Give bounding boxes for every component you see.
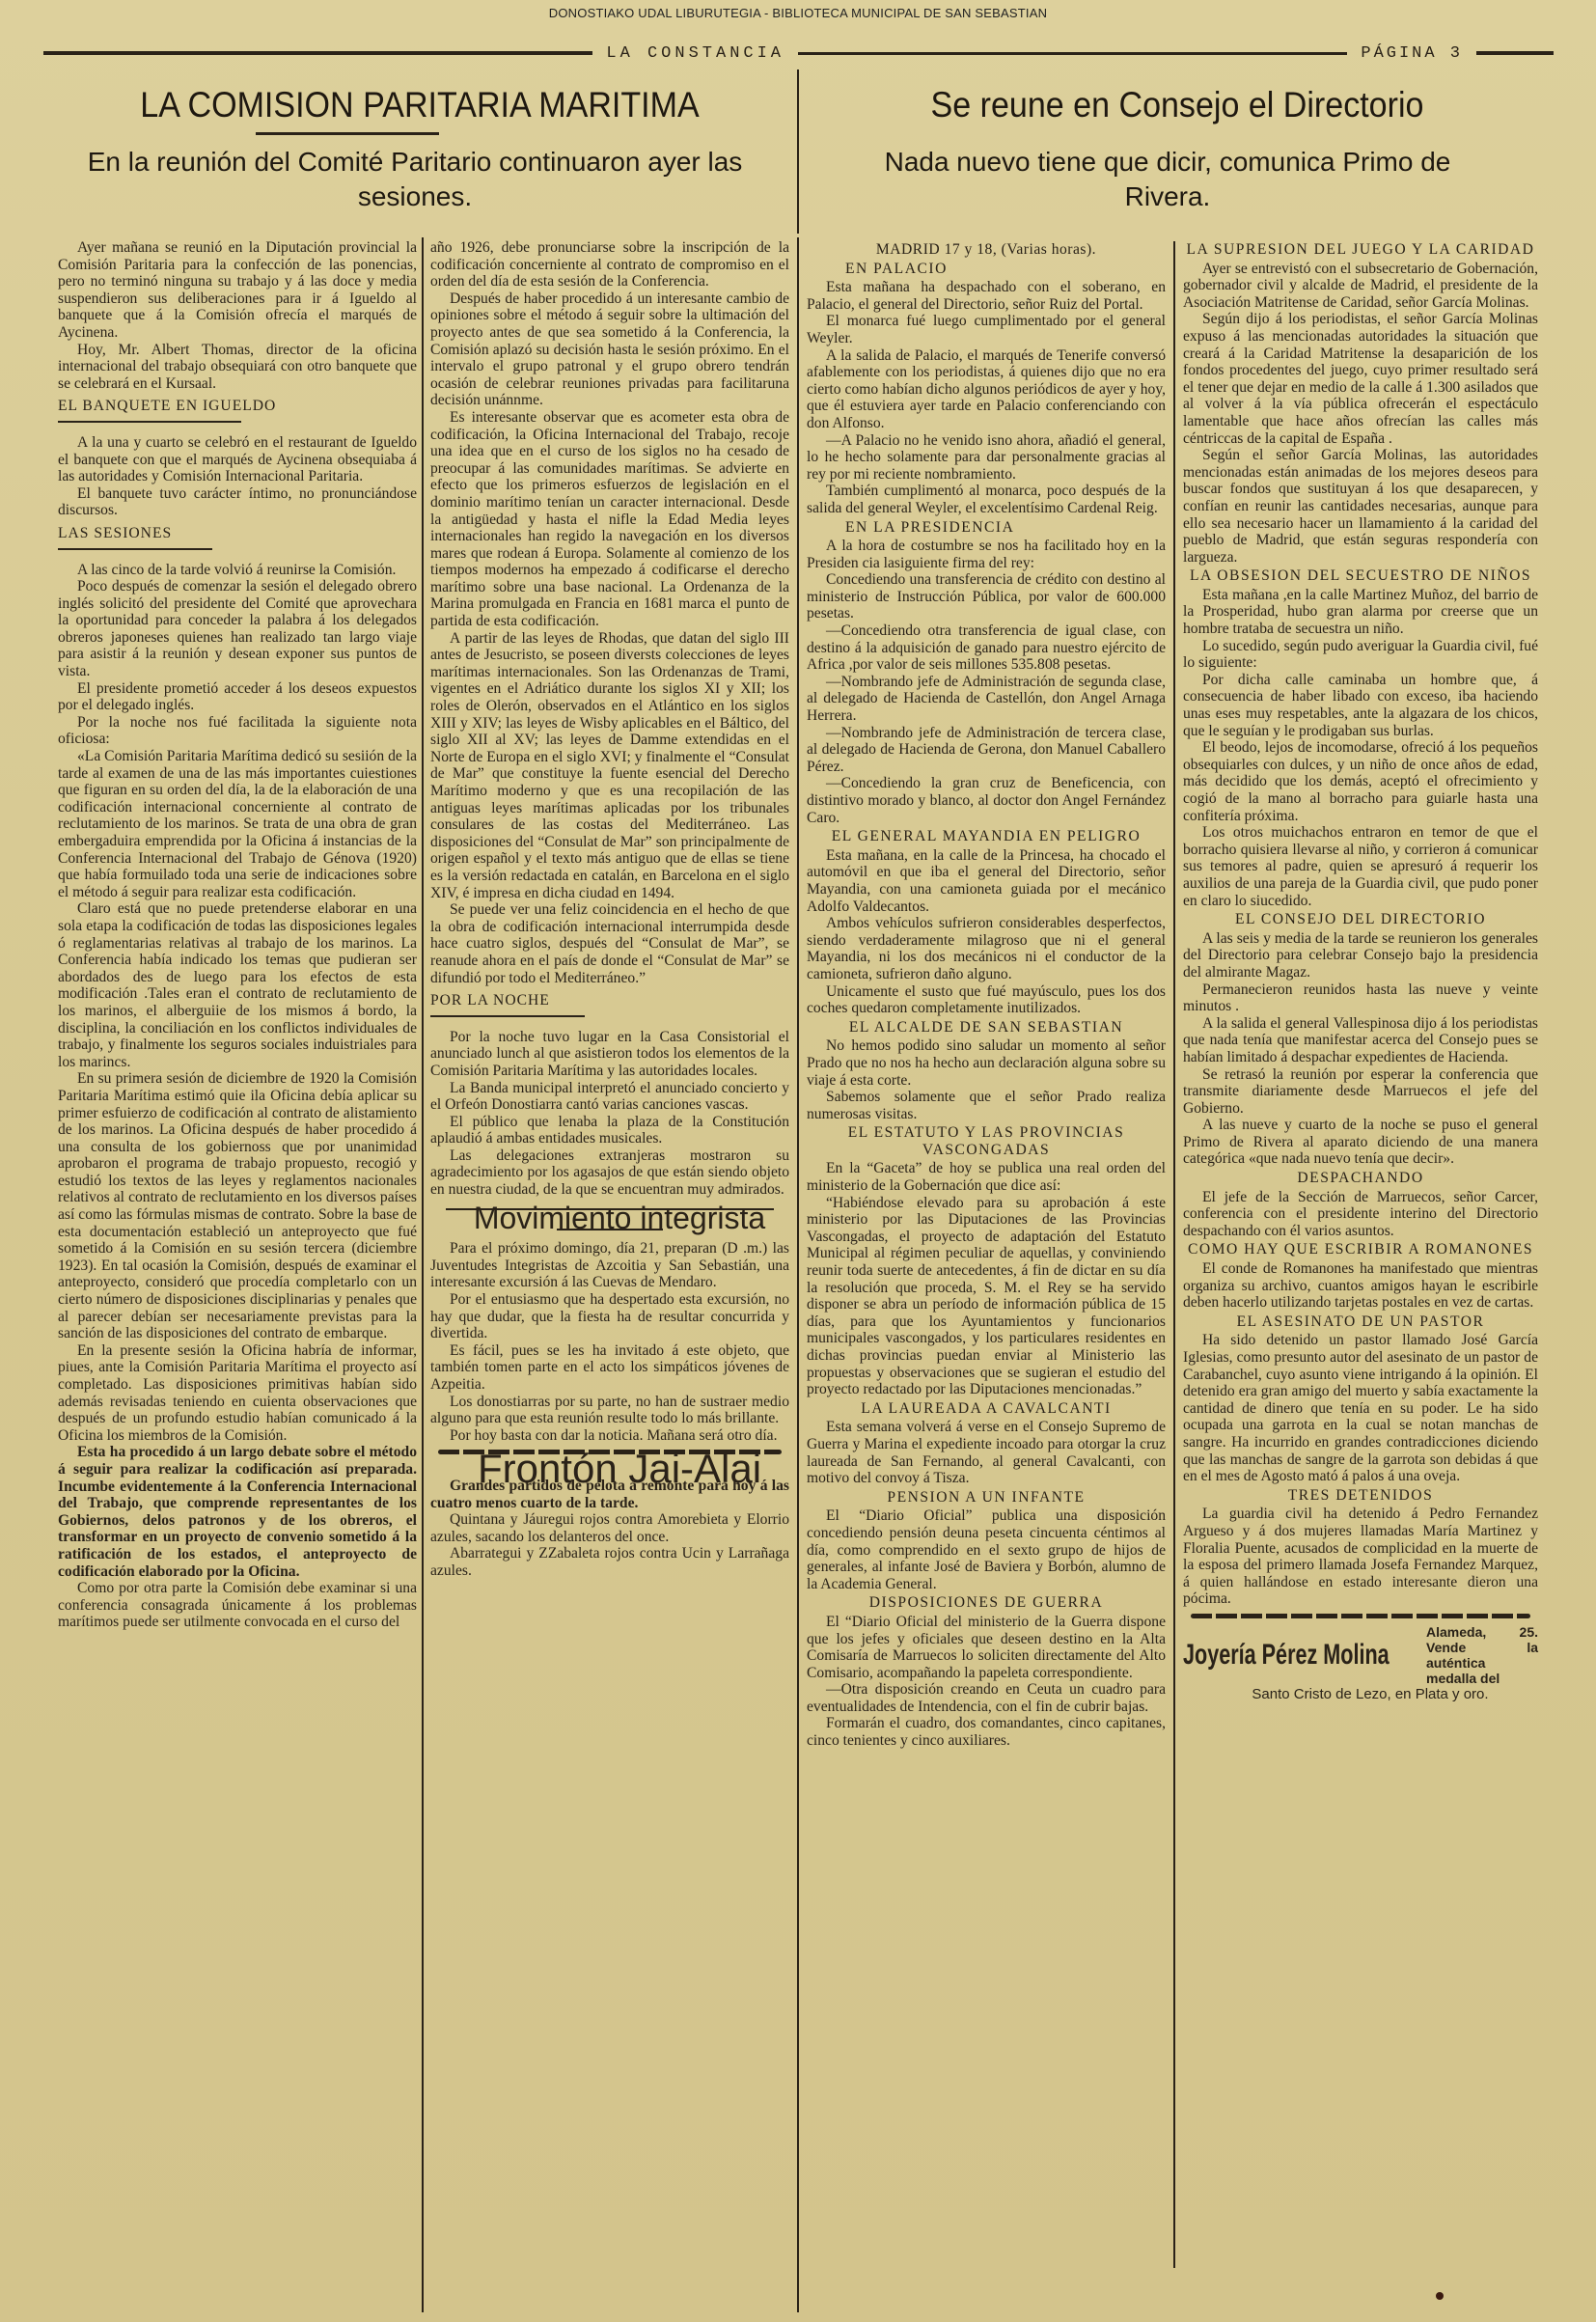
ad-business-name: Joyería Pérez Molina	[1183, 1646, 1350, 1664]
right-subheadline: Nada nuevo tiene que dicir, comunica Pri…	[849, 145, 1486, 214]
paragraph: A la hora de costumbre se nos ha facilit…	[807, 538, 1166, 571]
left-subheadline: En la reunión del Comité Paritario conti…	[58, 145, 772, 214]
paragraph: A la una y cuarto se celebró en el resta…	[58, 434, 417, 485]
paragraph: A la salida el general Vallespinosa dijo…	[1183, 1015, 1538, 1066]
chain-ornament	[1191, 1614, 1530, 1618]
paragraph: Grandes partidos de pelota á remonte par…	[430, 1478, 789, 1511]
paragraph: —Concediendo la gran cruz de Beneficenci…	[807, 775, 1166, 826]
section-heading: EL ALCALDE DE SAN SEBASTIAN	[807, 1019, 1166, 1037]
paragraph: —Nombrando jefe de Administración de ter…	[807, 725, 1166, 776]
paragraph: Concediendo una transferencia de crédito…	[807, 571, 1166, 622]
paragraph: Es interesante observar que es acometer …	[430, 409, 789, 630]
dateline: MADRID 17 y 18, (Varias horas).	[807, 241, 1166, 259]
paragraph: El conde de Romanones ha manifestado que…	[1183, 1260, 1538, 1312]
paragraph: —Concediendo otra transferencia de igual…	[807, 622, 1166, 674]
divider-headline	[797, 69, 799, 234]
section-heading: LA OBSESION DEL SECUESTRO DE NIÑOS	[1183, 567, 1538, 585]
section-heading: TRES DETENIDOS	[1183, 1487, 1538, 1505]
paragraph: A las seis y media de la tarde se reunie…	[1183, 930, 1538, 981]
paragraph: El presidente prometió acceder á los des…	[58, 680, 417, 714]
paragraph: Por hoy basta con dar la noticia. Mañana…	[430, 1427, 789, 1445]
paragraph: Esta semana volverá á verse en el Consej…	[807, 1419, 1166, 1486]
paragraph: Por dicha calle caminaba un hombre que, …	[1183, 672, 1538, 739]
masthead: LA CONSTANCIA PÁGINA 3	[43, 42, 1554, 64]
divider-col1-col2	[422, 237, 424, 2312]
paragraph: Después de haber procedido á un interesa…	[430, 290, 789, 409]
ad-line: Santo Cristo de Lezo, en Plata y oro.	[1183, 1686, 1538, 1703]
paragraph: El “Diario Oficial del ministerio de la …	[807, 1614, 1166, 1681]
paragraph: El público que lenaba la plaza de la Con…	[430, 1114, 789, 1147]
headline-ornament	[256, 132, 439, 135]
divider-col2-col3	[797, 237, 799, 2312]
paragraph: —Otra disposición creando en Ceuta un cu…	[807, 1681, 1166, 1715]
paragraph: El jefe de la Sección de Marruecos, seño…	[1183, 1189, 1538, 1240]
column-3: MADRID 17 y 18, (Varias horas). EN PALAC…	[807, 239, 1166, 1750]
fronton-title: Frontón Jai-Alai	[430, 1460, 789, 1478]
section-heading: POR LA NOCHE	[430, 992, 789, 1009]
paragraph: Poco después de comenzar la sesión el de…	[58, 578, 417, 680]
paragraph: Ayer se entrevistó con el subsecretario …	[1183, 261, 1538, 312]
left-headline: LA COMISION PARITARIA MARITIMA	[73, 85, 766, 125]
section-heading: LAS SESIONES	[58, 525, 417, 542]
right-headline: Se reune en Consejo el Directorio	[831, 85, 1524, 125]
paragraph: La Banda municipal interpretó el anuncia…	[430, 1080, 789, 1114]
section-heading: COMO HAY QUE ESCRIBIR A ROMANONES	[1183, 1241, 1538, 1258]
paragraph: Abarrategui y ZZabaleta rojos contra Uci…	[430, 1545, 789, 1579]
paragraph: Los donostiarras por su parte, no han de…	[430, 1394, 789, 1427]
section-heading: LA SUPRESION DEL JUEGO Y LA CARIDAD	[1183, 241, 1538, 259]
section-heading: EL GENERAL MAYANDIA EN PELIGRO	[807, 828, 1166, 845]
movimiento-title: Movimiento integrista	[430, 1210, 789, 1228]
paragraph: El “Diario Oficial” publica una disposic…	[807, 1507, 1166, 1592]
section-heading: EL CONSEJO DEL DIRECTORIO	[1183, 911, 1538, 928]
paragraph: —Nombrando jefe de Administración de seg…	[807, 674, 1166, 725]
paragraph: “Habiéndose elevado para su aprobación á…	[807, 1195, 1166, 1398]
page-number: PÁGINA 3	[1347, 44, 1476, 63]
ink-spot	[1436, 2292, 1444, 2300]
paragraph: Ha sido detenido un pastor llamado José …	[1183, 1332, 1538, 1484]
paragraph: Esta mañana, en la calle de la Princesa,…	[807, 847, 1166, 915]
paragraph: Por la noche tuvo lugar en la Casa Consi…	[430, 1029, 789, 1080]
paragraph: Quintana y Jáuregui rojos contra Amorebi…	[430, 1511, 789, 1545]
section-heading: EL BANQUETE EN IGUELDO	[58, 398, 417, 415]
paragraph: A la salida de Palacio, el marqués de Te…	[807, 347, 1166, 432]
paragraph: En su primera sesión de diciembre de 192…	[58, 1070, 417, 1342]
paragraph: Las delegaciones extranjeras mostraron s…	[430, 1147, 789, 1199]
paragraph: Esta mañana ha despachado con el soberan…	[807, 279, 1166, 313]
paragraph: Ambos vehículos sufrieron considerables …	[807, 915, 1166, 982]
section-heading: EN LA PRESIDENCIA	[807, 519, 1166, 537]
divider-col3-col4	[1173, 241, 1175, 2268]
paragraph: Lo sucedido, según pudo averiguar la Gua…	[1183, 638, 1538, 672]
paragraph: También cumplimentó al monarca, poco des…	[807, 483, 1166, 516]
paragraph: Según dijo á los periodistas, el señor G…	[1183, 311, 1538, 447]
paragraph: año 1926, debe pronunciarse sobre la ins…	[430, 239, 789, 290]
paragraph: Como por otra parte la Comisión debe exa…	[58, 1580, 417, 1631]
masthead-rule-middle	[798, 52, 1347, 55]
section-heading: EL ESTATUTO Y LAS PROVINCIAS VASCONGADAS	[807, 1124, 1166, 1158]
masthead-rule-left	[43, 51, 592, 55]
paragraph: Se puede ver una feliz coincidencia en e…	[430, 901, 789, 986]
paragraph: A las cinco de la tarde volvió á reunirs…	[58, 562, 417, 579]
section-heading: LA LAUREADA A CAVALCANTI	[807, 1400, 1166, 1418]
archive-header: DONOSTIAKO UDAL LIBURUTEGIA - BIBLIOTECA…	[0, 6, 1596, 20]
paragraph: Sabemos solamente que el señor Prado rea…	[807, 1089, 1166, 1122]
paragraph: A partir de las leyes de Rhodas, que dat…	[430, 630, 789, 902]
paragraph: Claro está que no puede pretenderse elab…	[58, 900, 417, 1070]
section-heading: DISPOSICIONES DE GUERRA	[807, 1594, 1166, 1612]
paragraph: Para el próximo domingo, día 21, prepara…	[430, 1240, 789, 1291]
paragraph: El banquete tuvo carácter íntimo, no pro…	[58, 485, 417, 519]
section-heading: EN PALACIO	[807, 261, 1166, 278]
paragraph: En la “Gaceta” de hoy se publica una rea…	[807, 1160, 1166, 1194]
paragraph: Los otros muichachos entraron en temor d…	[1183, 824, 1538, 909]
paragraph: Por la noche nos fué facilitada la sigui…	[58, 714, 417, 748]
section-heading: PENSION A UN INFANTE	[807, 1489, 1166, 1507]
section-rule	[430, 1015, 585, 1017]
paragraph: Según el señor García Molinas, las autor…	[1183, 447, 1538, 566]
paragraph: En la presente sesión la Oficina habría …	[58, 1342, 417, 1445]
paragraph: El beodo, lejos de incomodarse, ofreció …	[1183, 739, 1538, 824]
column-1: Ayer mañana se reunió en la Diputación p…	[58, 239, 417, 1631]
paragraph: Ayer mañana se reunió en la Diputación p…	[58, 239, 417, 342]
paragraph: «La Comisión Paritaria Marítima dedicó s…	[58, 748, 417, 900]
paragraph: Esta mañana ,en la calle Martinez Muñoz,…	[1183, 587, 1538, 638]
section-rule	[58, 421, 241, 423]
paragraph: Esta ha procedido á un largo debate sobr…	[58, 1444, 417, 1580]
section-rule	[58, 548, 212, 550]
paragraph: Hoy, Mr. Albert Thomas, director de la o…	[58, 342, 417, 393]
paragraph: No hemos podido sino saludar un momento …	[807, 1037, 1166, 1089]
paragraph: —A Palacio no he venido isno ahora, añad…	[807, 432, 1166, 484]
masthead-rule-right	[1476, 51, 1554, 55]
paragraph: Es fácil, pues se les ha invitado á este…	[430, 1342, 789, 1394]
ad-address: Alameda, 25. Vende la auténtica medalla …	[1426, 1624, 1538, 1686]
paragraph: A las nueve y cuarto de la noche se puso…	[1183, 1117, 1538, 1168]
paragraph: Permanecieron reunidos hasta las nueve y…	[1183, 981, 1538, 1015]
column-2: año 1926, debe pronunciarse sobre la ins…	[430, 239, 789, 1580]
paragraph: Se retrasó la reunión por esperar la con…	[1183, 1066, 1538, 1118]
column-4: LA SUPRESION DEL JUEGO Y LA CARIDAD Ayer…	[1183, 239, 1538, 1703]
section-heading: DESPACHANDO	[1183, 1170, 1538, 1187]
newspaper-title: LA CONSTANCIA	[592, 44, 798, 63]
paragraph: Unicamente el susto que fué mayúsculo, p…	[807, 983, 1166, 1017]
jewelry-advertisement: Joyería Pérez Molina Alameda, 25. Vende …	[1183, 1624, 1538, 1686]
paragraph: La guardia civil ha detenido á Pedro Fer…	[1183, 1506, 1538, 1608]
paragraph: El monarca fué luego cumplimentado por e…	[807, 313, 1166, 346]
paragraph: Formarán el cuadro, dos comandantes, cin…	[807, 1715, 1166, 1749]
paragraph: Por el entusiasmo que ha despertado esta…	[430, 1291, 789, 1342]
section-heading: EL ASESINATO DE UN PASTOR	[1183, 1313, 1538, 1331]
